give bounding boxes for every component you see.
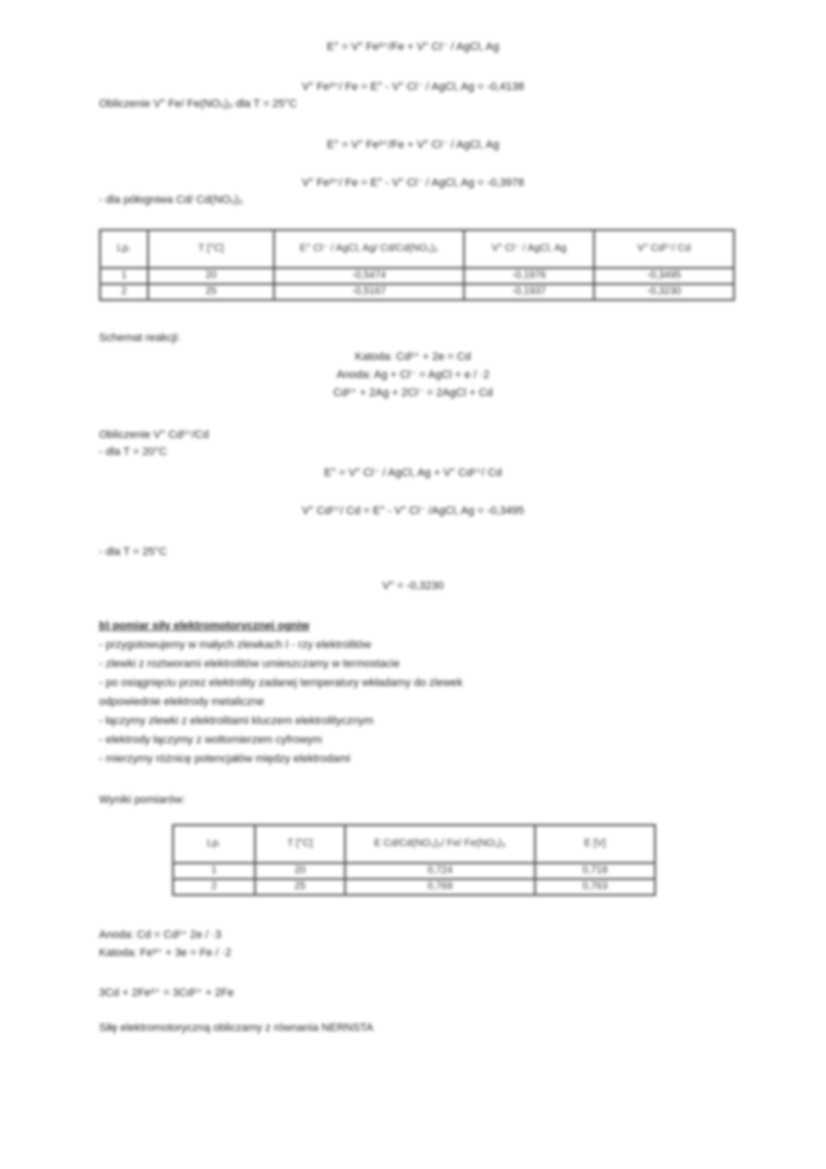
document-page: E° = V° Fe³⁺/Fe + V° Cl⁻ / AgCl, Ag V° F… bbox=[0, 0, 826, 1169]
reaction-cathode: Katoda: Cd²⁺ + 2e = Cd bbox=[0, 350, 826, 363]
table-header: V° Cl⁻ / AgCl, Ag bbox=[464, 230, 594, 268]
list-item: - mierzymy różnicę potencjałów między el… bbox=[99, 753, 350, 765]
equation: V° = -0,3230 bbox=[0, 580, 826, 592]
cell: 0,724 bbox=[345, 863, 535, 879]
reaction-label: Schemat reakcji: bbox=[99, 332, 180, 344]
cell: 2 bbox=[173, 879, 255, 895]
total-reaction: 3Cd + 2Fe³⁺ = 3Cd²⁺ + 2Fe bbox=[99, 986, 234, 999]
list-item: - przygotowujemy w małych zlewkach I - r… bbox=[99, 639, 371, 651]
cell: -0,5474 bbox=[274, 268, 464, 284]
equation: V° Fe³⁺/ Fe = E° - V° Cl⁻ / AgCl, Ag = -… bbox=[0, 176, 826, 189]
table-header: E° Cl⁻ / AgCl, Ag/ Cd/Cd(NO₃)₂ bbox=[274, 230, 464, 268]
table-header: T [°C] bbox=[148, 230, 274, 268]
equation: E° = V° Cl⁻ / AgCl, Ag + V° Cd²⁺/ Cd bbox=[0, 466, 826, 479]
cathode-reaction: Katoda: Fe³⁺ + 3e = Fe / ·2 bbox=[99, 946, 231, 959]
table-row: 2 25 0,769 0,763 bbox=[173, 879, 655, 895]
cell: 25 bbox=[255, 879, 345, 895]
cell: -0,1976 bbox=[464, 268, 594, 284]
calc-cd-title: Obliczenie V° Cd²⁺/Cd bbox=[99, 428, 209, 441]
table-results: Lp. T [°C] E Cd/Cd(NO₃)₂/ Fe/ Fe(NO₃)₃ E… bbox=[172, 824, 656, 896]
cell: -0,1937 bbox=[464, 284, 594, 300]
cell: 1 bbox=[100, 268, 148, 284]
cell: -0,3230 bbox=[594, 284, 734, 300]
cell: 0,718 bbox=[535, 863, 655, 879]
list-item: - po osiągnięciu przez elektrolity zadan… bbox=[99, 677, 463, 689]
temp-label: - dla T = 25°C bbox=[99, 546, 167, 558]
cell: 1 bbox=[173, 863, 255, 879]
table-header: V° Cd²⁺/ Cd bbox=[594, 230, 734, 268]
cell: 20 bbox=[255, 863, 345, 879]
list-item: - łączymy zlewki z elektrolitami kluczem… bbox=[99, 715, 373, 727]
table-row: 1 20 0,724 0,718 bbox=[173, 863, 655, 879]
equation: E° = V° Fe³⁺/Fe + V° Cl⁻ / AgCl, Ag bbox=[0, 138, 826, 151]
list-item: odpowiednie elektrody metaliczne bbox=[99, 696, 264, 708]
temp-label: - dla T = 20°C bbox=[99, 446, 167, 458]
cell: 25 bbox=[148, 284, 274, 300]
equation: E° = V° Fe³⁺/Fe + V° Cl⁻ / AgCl, Ag bbox=[0, 40, 826, 53]
cell: 20 bbox=[148, 268, 274, 284]
table-row: 2 25 -0,5167 -0,1937 -0,3230 bbox=[100, 284, 734, 300]
cell: -0,5167 bbox=[274, 284, 464, 300]
equation: V° Cd²⁺/ Cd = E° - V° Cl⁻ /AgCl, Ag = -0… bbox=[0, 504, 826, 517]
cell: 0,763 bbox=[535, 879, 655, 895]
reaction-total: Cd²⁺ + 2Ag + 2Cl⁻ = 2AgCl + Cd bbox=[0, 386, 826, 399]
table-row: 1 20 -0,5474 -0,1976 -0,3495 bbox=[100, 268, 734, 284]
cd-label: - dla półogniwa Cd/ Cd(NO₃)₂ bbox=[99, 194, 243, 206]
cell: 0,769 bbox=[345, 879, 535, 895]
results-label: Wyniki pomiarów: bbox=[99, 794, 185, 806]
list-item: - elektrody łączymy z woltomierzem cyfro… bbox=[99, 734, 322, 746]
section-b-title: b) pomiar siły elektromotorycznej ogniw bbox=[99, 620, 309, 632]
table-potentials: Lp. T [°C] E° Cl⁻ / AgCl, Ag/ Cd/Cd(NO₃)… bbox=[99, 229, 735, 301]
reaction-anode: Anoda: Ag + Cl⁻ = AgCl + e / ·2 bbox=[0, 368, 826, 381]
table-header: E [V] bbox=[535, 825, 655, 863]
table-header: T [°C] bbox=[255, 825, 345, 863]
equation: V° Fe³⁺/ Fe = E° - V° Cl⁻ / AgCl, Ag = -… bbox=[0, 80, 826, 93]
table-header: E Cd/Cd(NO₃)₂/ Fe/ Fe(NO₃)₃ bbox=[345, 825, 535, 863]
table-header: Lp. bbox=[173, 825, 255, 863]
cell: 2 bbox=[100, 284, 148, 300]
cell: -0,3495 bbox=[594, 268, 734, 284]
table-header: Lp. bbox=[100, 230, 148, 268]
list-item: - zlewki z roztworami elektrolitów umies… bbox=[99, 658, 400, 670]
calc-heading: Obliczenie V° Fe/ Fe(NO₃)₃ dla T = 25°C bbox=[99, 98, 297, 110]
anode-reaction: Anoda: Cd = Cd²⁺ 2e / ·3 bbox=[99, 928, 221, 941]
cd-label-text: - dla półogniwa Cd/ Cd(NO₃)₂ bbox=[99, 194, 243, 206]
closing-text: Siłę elektromotoryczną obliczamy z równa… bbox=[99, 1022, 373, 1034]
